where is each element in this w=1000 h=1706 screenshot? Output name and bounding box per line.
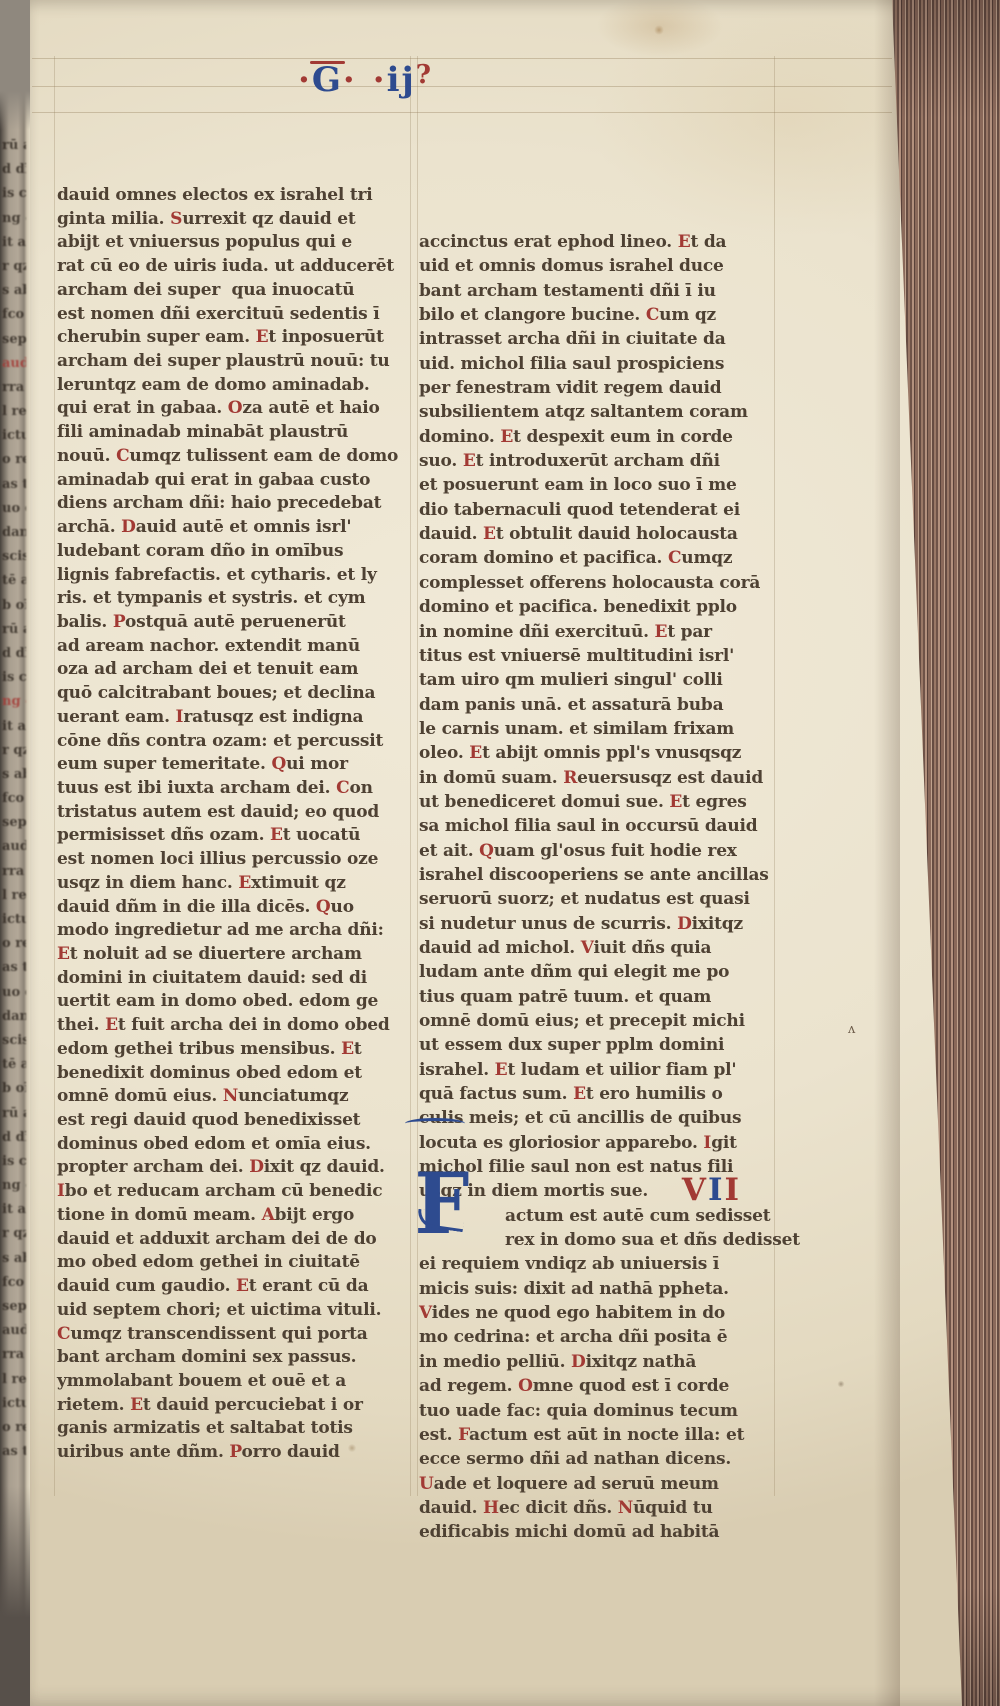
text-line: est nomen dñi exercituū sedentis ī [57,303,409,327]
text-line: et posuerunt eam in loco suo ī me [419,473,775,497]
text-line: ginta milia. Surrexit qz dauid et [57,208,409,232]
text-line: archā. Dauid autē et omnis isrl' [57,516,409,540]
text-line: subsilientem atqz saltantem coram [419,400,775,424]
text-line: oza ad archam dei et tenuit eam [57,658,409,682]
text-line: ut benediceret domui sue. Et egres [419,790,775,814]
text-line: benedixit dominus obed edom et [57,1062,409,1086]
text-line: cherubin super eam. Et inposuerūt [57,326,409,350]
text-line: cōne dñs contra ozam: et percussit [57,730,409,754]
ruling-line [32,58,892,59]
text-line: tius quam patrē tuum. et quam [419,985,775,1009]
running-title-part: ij [387,60,416,100]
text-line: ad regem. Omne quod est ī corde [419,1374,775,1398]
text-line: ecce sermo dñi ad nathan dicens. [419,1447,775,1471]
text-line: ludam ante dñm qui elegit me po [419,960,775,984]
running-title-part: ? [416,60,433,90]
text-line: in nomine dñi exercituū. Et par [419,620,775,644]
ruling-line [54,56,55,1496]
text-line: abijt et vniuersus populus qui e [57,231,409,255]
text-line: si nudetur unus de scurris. Dixitqz [419,912,775,936]
text-line: domino et pacifica. benedixit pplo [419,595,775,619]
text-line: culis meis; et cū ancillis de quibus [419,1106,775,1130]
text-line: omnē domū eius; et precepit michi [419,1009,775,1033]
text-line: aminadab qui erat in gabaa custo [57,469,409,493]
scan-background: ·G··ij? dauid omnes electos ex israhel t… [0,0,1000,1706]
ruling-line [417,56,418,1496]
text-line: tione in domū meam. Abijt ergo [57,1204,409,1228]
text-line: thei. Et fuit archa dei in domo obed [57,1014,409,1038]
text-line: rietem. Et dauid percuciebat i or [57,1394,409,1418]
text-line: mo obed edom gethei in ciuitatē [57,1251,409,1275]
text-line: dam panis unā. et assaturā buba [419,693,775,717]
text-line: accinctus erat ephod lineo. Et da [419,230,775,254]
text-line: quō calcitrabant boues; et declina [57,682,409,706]
text-line: tristatus autem est dauid; eo quod [57,801,409,825]
text-line: locuta es gloriosior apparebo. Igit [419,1131,775,1155]
text-line: est nomen loci illius percussio oze [57,848,409,872]
text-line: archam dei super qua inuocatū [57,279,409,303]
text-line: israhel. Et ludam et uilior fiam pl' [419,1058,775,1082]
facing-page-text-fragments: rū ad dīis cng eit alr qzs abfco lsepaud… [2,134,26,1464]
text-line: ris. et tympanis et systris. et cym [57,587,409,611]
text-line: intrasset archa dñi in ciuitate da [419,327,775,351]
text-line: dauid omnes electos ex israhel tri [57,184,409,208]
text-line: est. Factum est aūt in nocte illa: et [419,1423,775,1447]
margin-caret: ʌ [848,1022,855,1037]
fore-edge-shadow [874,0,900,1706]
text-line: leruntqz eam de domo aminadab. [57,374,409,398]
text-line: dauid dñm in die illa dicēs. Quo [57,896,409,920]
text-line: micis suis: dixit ad nathā ppheta. [419,1277,775,1301]
text-line: quā factus sum. Et ero humilis o [419,1082,775,1106]
text-line: dauid. Et obtulit dauid holocausta [419,522,775,546]
text-line: archam dei super plaustrū nouū: tu [57,350,409,374]
chapter-number: VII [682,1177,741,1203]
text-line: domini in ciuitatem dauid: sed di [57,967,409,991]
text-line: dominus obed edom et omīa eius. [57,1133,409,1157]
text-line: ut essem dux super pplm domini [419,1033,775,1057]
text-line: bant archam testamenti dñi ī iu [419,279,775,303]
text-line: et ait. Quam gl'osus fuit hodie rex [419,839,775,863]
text-line: usqz in diem hanc. Extimuit qz [57,872,409,896]
text-line: omnē domū eius. Nunciatumqz [57,1085,409,1109]
text-line: propter archam dei. Dixit qz dauid. [57,1156,409,1180]
text-line: bilo et clangore bucine. Cum qz [419,303,775,327]
text-line: eum super temeritate. Qui mor [57,753,409,777]
text-line: seruorū suorz; et nudatus est quasi [419,887,775,911]
text-line: ad aream nachor. extendit manū [57,635,409,659]
text-line: Ibo et reducam archam cū benedic [57,1180,409,1204]
text-line: uiribus ante dñm. Porro dauid [57,1441,409,1465]
text-line: tam uiro qm mulieri singul' colli [419,668,775,692]
text-line: lignis fabrefactis. et cytharis. et ly [57,564,409,588]
text-line: Cumqz transcendissent qui porta [57,1323,409,1347]
text-line: complesset offerens holocausta corā [419,571,775,595]
text-line: Et noluit ad se diuertere archam [57,943,409,967]
text-line: permisisset dñs ozam. Et uocatū [57,824,409,848]
text-line: est regi dauid quod benedixisset [57,1109,409,1133]
text-line: rat cū eo de uiris iuda. ut adducerēt [57,255,409,279]
text-line: nouū. Cumqz tulissent eam de domo [57,445,409,469]
running-title-part: · [373,60,387,100]
text-line: rex in domo sua et dñs dedisset [419,1228,775,1252]
text-line: Vides ne quod ego habitem in do [419,1301,775,1325]
text-line: per fenestram vidit regem dauid [419,376,775,400]
text-line: dauid et adduxit archam dei de do [57,1228,409,1252]
text-line: edificabis michi domū ad habitā [419,1520,775,1544]
text-line: uid et omnis domus israhel duce [419,254,775,278]
text-line: domino. Et despexit eum in corde [419,425,775,449]
text-line: qui erat in gabaa. Oza autē et haio [57,397,409,421]
text-line: dauid. Hec dicit dñs. Nūquid tu [419,1496,775,1520]
text-column-left: dauid omnes electos ex israhel triginta … [57,184,409,1465]
text-line: ymmolabant bouem et ouē et a [57,1370,409,1394]
text-line: dauid ad michol. Viuit dñs quia [419,936,775,960]
text-line: tuo uade fac: quia dominus tecum [419,1399,775,1423]
text-line: coram domino et pacifica. Cumqz [419,546,775,570]
text-line: ganis armizatis et saltabat totis [57,1417,409,1441]
text-line: sa michol filia saul in occursū dauid [419,814,775,838]
text-line: uid. michol filia saul prospiciens [419,352,775,376]
text-line: oleo. Et abijt omnis ppl's vnusqsqz [419,741,775,765]
text-line: titus est vniuersē multitudini isrl' [419,644,775,668]
text-line: suo. Et introduxerūt archam dñi [419,449,775,473]
manuscript-page: ·G··ij? dauid omnes electos ex israhel t… [26,0,1000,1706]
text-line: diens archam dñi: haio precedebat [57,492,409,516]
ruling-line [410,56,411,1496]
text-line: modo ingredietur ad me archa dñi: [57,919,409,943]
text-line: tuus est ibi iuxta archam dei. Con [57,777,409,801]
text-line: in domū suam. Reuersusqz est dauid [419,766,775,790]
running-title-part: G [312,60,343,100]
text-line: uertit eam in domo obed. edom ge [57,990,409,1014]
text-line: in medio pelliū. Dixitqz nathā [419,1350,775,1374]
running-title-part: · [298,60,312,100]
text-line: balis. Postquā autē peruenerūt [57,611,409,635]
text-line: Uade et loquere ad seruū meum [419,1472,775,1496]
text-line: edom gethei tribus mensibus. Et [57,1038,409,1062]
text-column-right: F accinctus erat ephod lineo. Et dauid e… [419,170,775,1545]
text-line: ludebant coram dño in omībus [57,540,409,564]
text-line: uid septem chori; et uictima vituli. [57,1299,409,1323]
text-line: mo cedrina: et archa dñi posita ē [419,1325,775,1349]
text-line: dauid cum gaudio. Et erant cū da [57,1275,409,1299]
text-line: ei requiem vndiqz ab uniuersis ī [419,1252,775,1276]
text-line: fili aminadab minabāt plaustrū [57,421,409,445]
text-line: bant archam domini sex passus. [57,1346,409,1370]
text-line: le carnis unam. et similam frixam [419,717,775,741]
text-line: dio tabernaculi quod tetenderat ei [419,498,775,522]
running-title: ·G··ij? [298,60,518,100]
ruling-line [32,112,892,113]
text-line: usqz in diem mortis sue.VII [419,1179,775,1203]
text-line: israhel discooperiens se ante ancillas [419,863,775,887]
facing-page-edge: rū ad dīis cng eit alr qzs abfco lsepaud… [0,0,30,1706]
running-title-part: · [343,60,357,100]
text-line: uerant eam. Iratusqz est indigna [57,706,409,730]
